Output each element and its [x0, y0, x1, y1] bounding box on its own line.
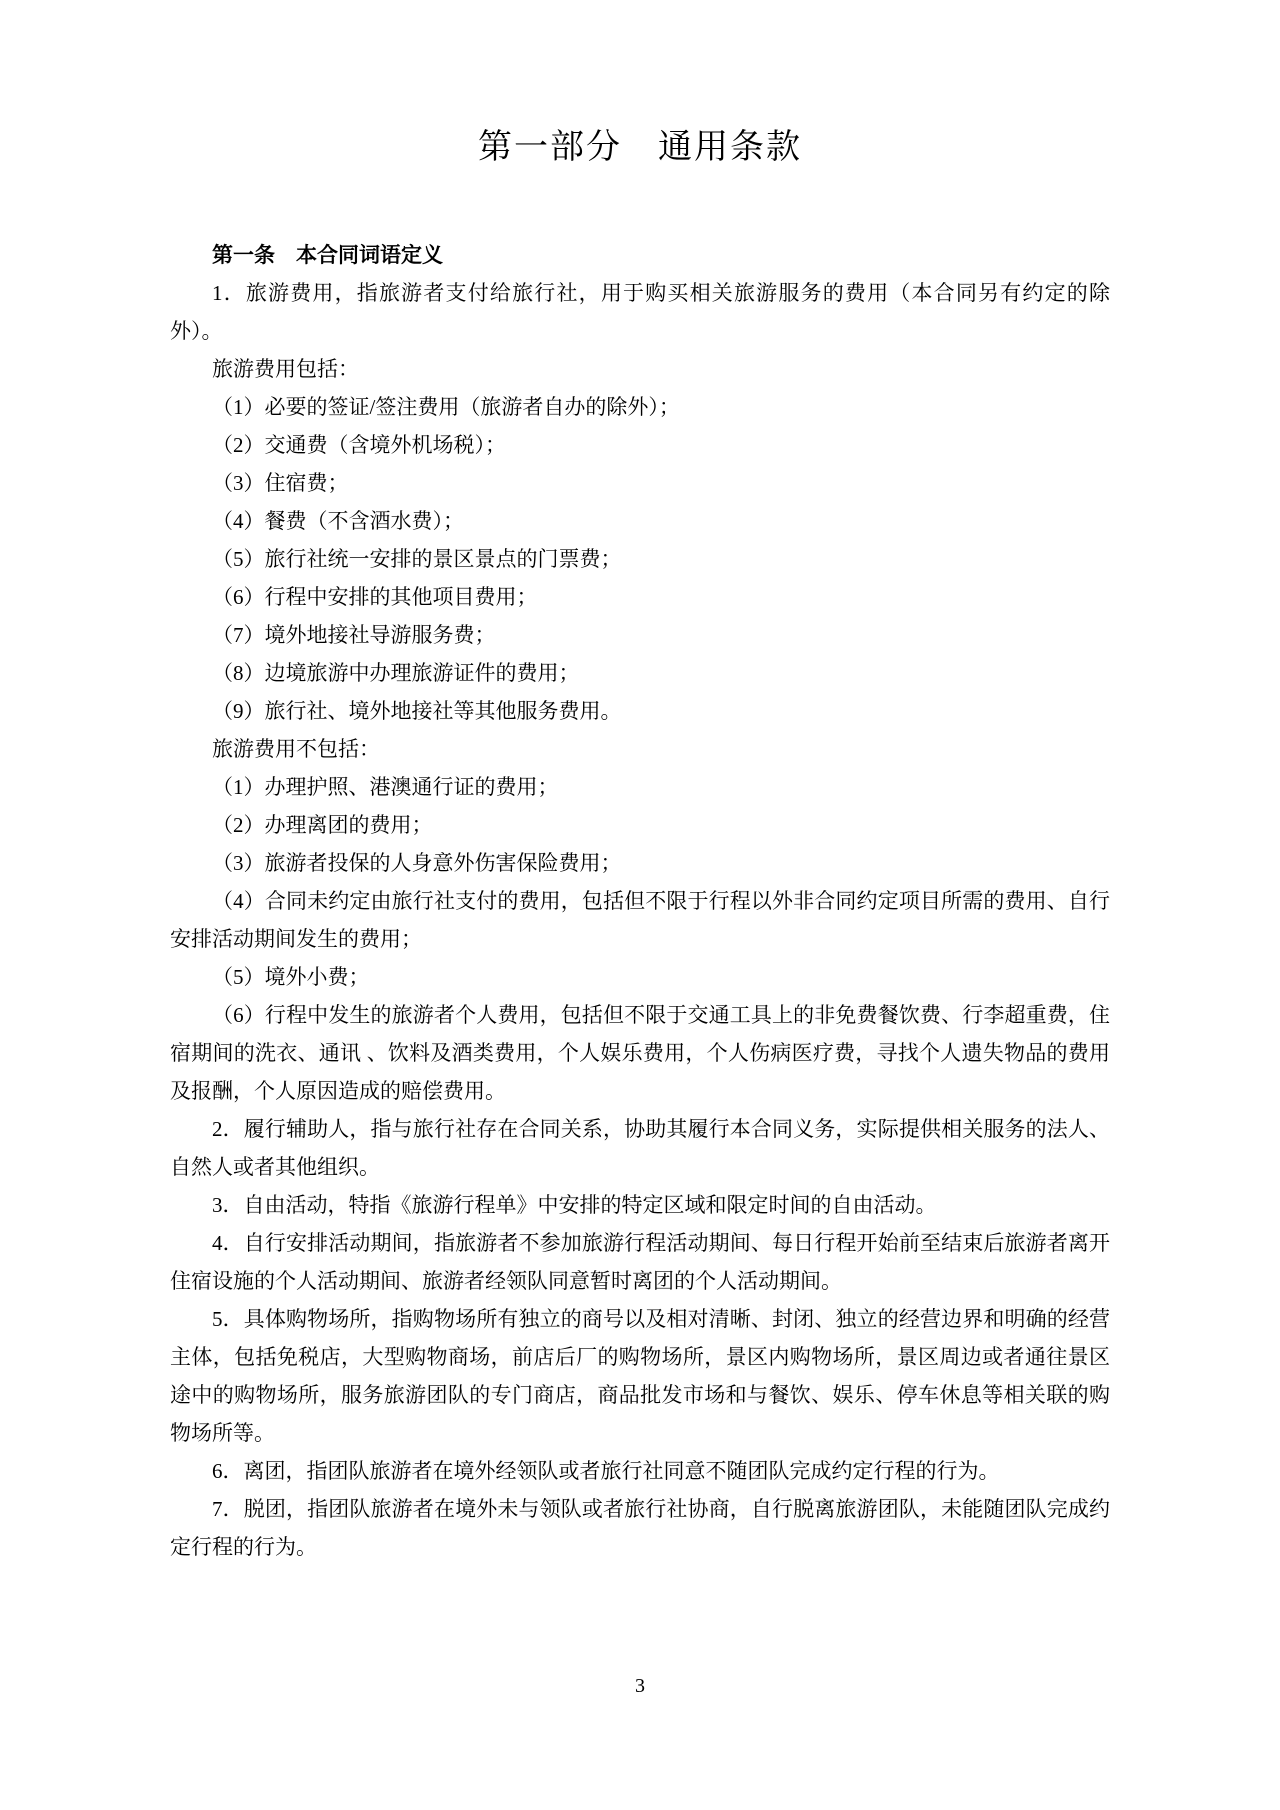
list-item-include-6: （6）行程中安排的其他项目费用； [170, 578, 1110, 616]
paragraph-definition-1: 1．旅游费用，指旅游者支付给旅行社，用于购买相关旅游服务的费用（本合同另有约定的… [170, 274, 1110, 350]
list-item-include-7: （7）境外地接社导游服务费； [170, 616, 1110, 654]
article-heading: 第一条 本合同词语定义 [170, 236, 1110, 274]
list-item-include-1: （1）必要的签证/签注费用（旅游者自办的除外）； [170, 388, 1110, 426]
list-item-include-9: （9）旅行社、境外地接社等其他服务费用。 [170, 692, 1110, 730]
list-item-exclude-3: （3）旅游者投保的人身意外伤害保险费用； [170, 844, 1110, 882]
document-title: 第一部分 通用条款 [170, 128, 1110, 168]
paragraph-definition-6: 6．离团，指团队旅游者在境外经领队或者旅行社同意不随团队完成约定行程的行为。 [170, 1452, 1110, 1490]
list-item-include-3: （3）住宿费； [170, 464, 1110, 502]
paragraph-definition-7: 7．脱团，指团队旅游者在境外未与领队或者旅行社协商，自行脱离旅游团队，未能随团队… [170, 1490, 1110, 1566]
list-item-exclude-1: （1）办理护照、港澳通行证的费用； [170, 768, 1110, 806]
list-item-exclude-6: （6）行程中发生的旅游者个人费用，包括但不限于交通工具上的非免费餐饮费、行李超重… [170, 996, 1110, 1110]
paragraph-definition-4: 4．自行安排活动期间，指旅游者不参加旅游行程活动期间、每日行程开始前至结束后旅游… [170, 1224, 1110, 1300]
document-content: 第一部分 通用条款 第一条 本合同词语定义 1．旅游费用，指旅游者支付给旅行社，… [0, 0, 1280, 1566]
paragraph-fees-include-label: 旅游费用包括： [170, 350, 1110, 388]
list-item-include-8: （8）边境旅游中办理旅游证件的费用； [170, 654, 1110, 692]
paragraph-definition-5: 5．具体购物场所，指购物场所有独立的商号以及相对清晰、封闭、独立的经营边界和明确… [170, 1300, 1110, 1452]
paragraph-definition-3: 3．自由活动，特指《旅游行程单》中安排的特定区域和限定时间的自由活动。 [170, 1186, 1110, 1224]
article-body: 第一条 本合同词语定义 1．旅游费用，指旅游者支付给旅行社，用于购买相关旅游服务… [170, 236, 1110, 1566]
list-item-exclude-5: （5）境外小费； [170, 958, 1110, 996]
list-item-include-5: （5）旅行社统一安排的景区景点的门票费； [170, 540, 1110, 578]
list-item-include-4: （4）餐费（不含酒水费）； [170, 502, 1110, 540]
list-item-include-2: （2）交通费（含境外机场税）； [170, 426, 1110, 464]
page-number: 3 [0, 1672, 1280, 1700]
paragraph-fees-exclude-label: 旅游费用不包括： [170, 730, 1110, 768]
paragraph-definition-2: 2．履行辅助人，指与旅行社存在合同关系，协助其履行本合同义务，实际提供相关服务的… [170, 1110, 1110, 1186]
list-item-exclude-4: （4）合同未约定由旅行社支付的费用，包括但不限于行程以外非合同约定项目所需的费用… [170, 882, 1110, 958]
list-item-exclude-2: （2）办理离团的费用； [170, 806, 1110, 844]
document-page: { "document": { "title": "第一部分 通用条款", "a… [0, 0, 1280, 1810]
